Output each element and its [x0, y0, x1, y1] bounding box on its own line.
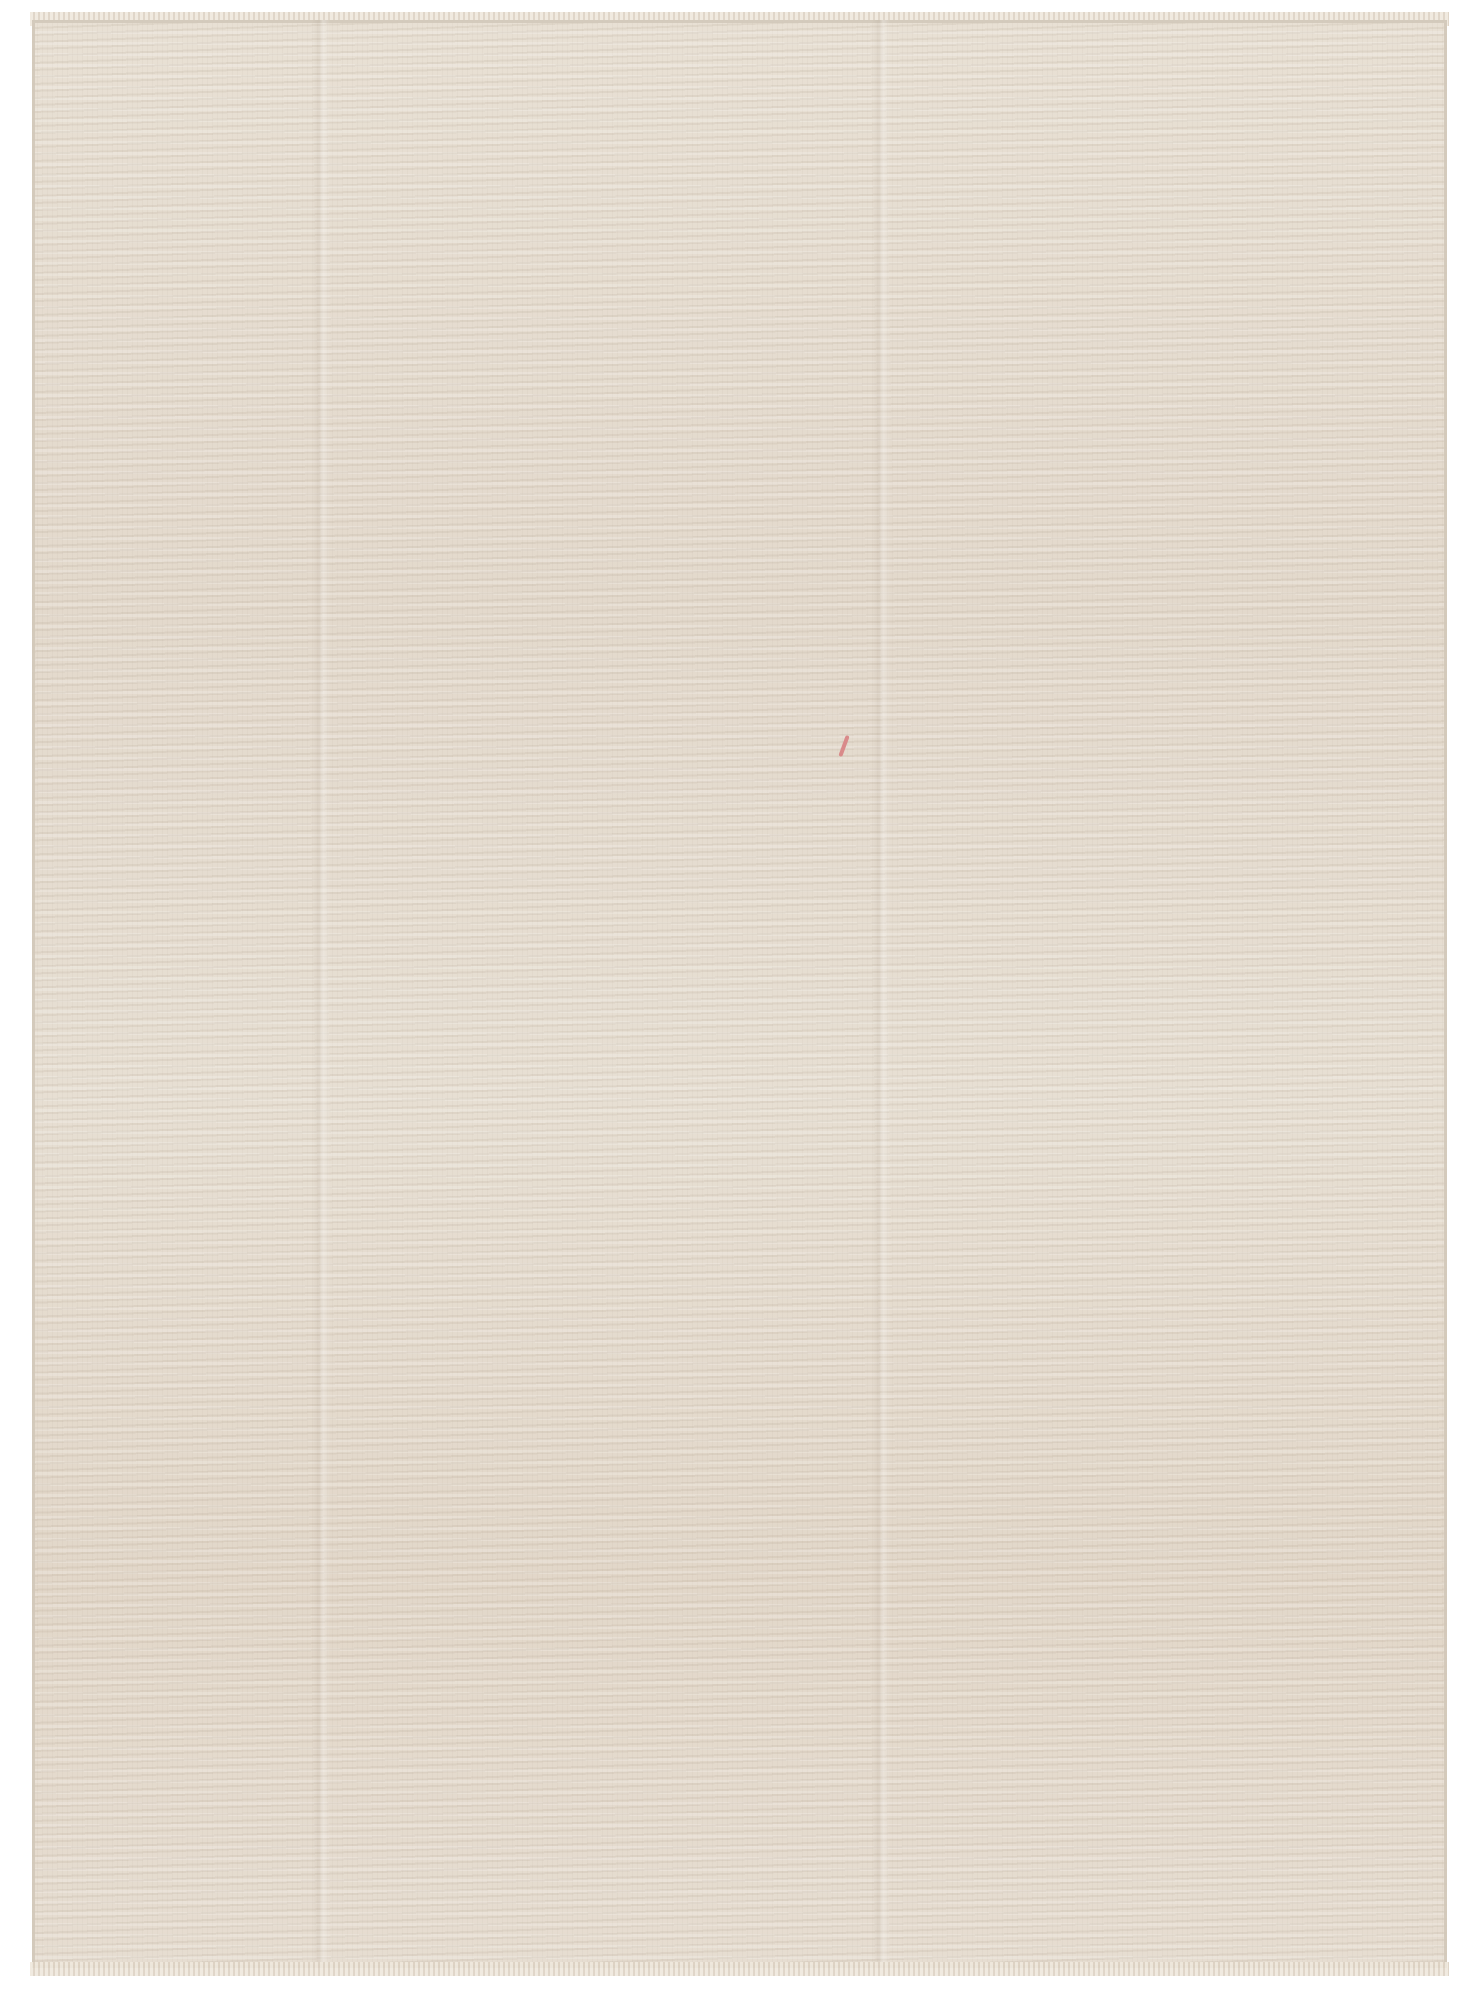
rug	[32, 20, 1447, 1968]
red-fleck	[838, 735, 849, 757]
bottom-fringe	[30, 1962, 1449, 1976]
fold-line-right	[872, 20, 890, 1968]
fold-line-left	[312, 20, 330, 1968]
